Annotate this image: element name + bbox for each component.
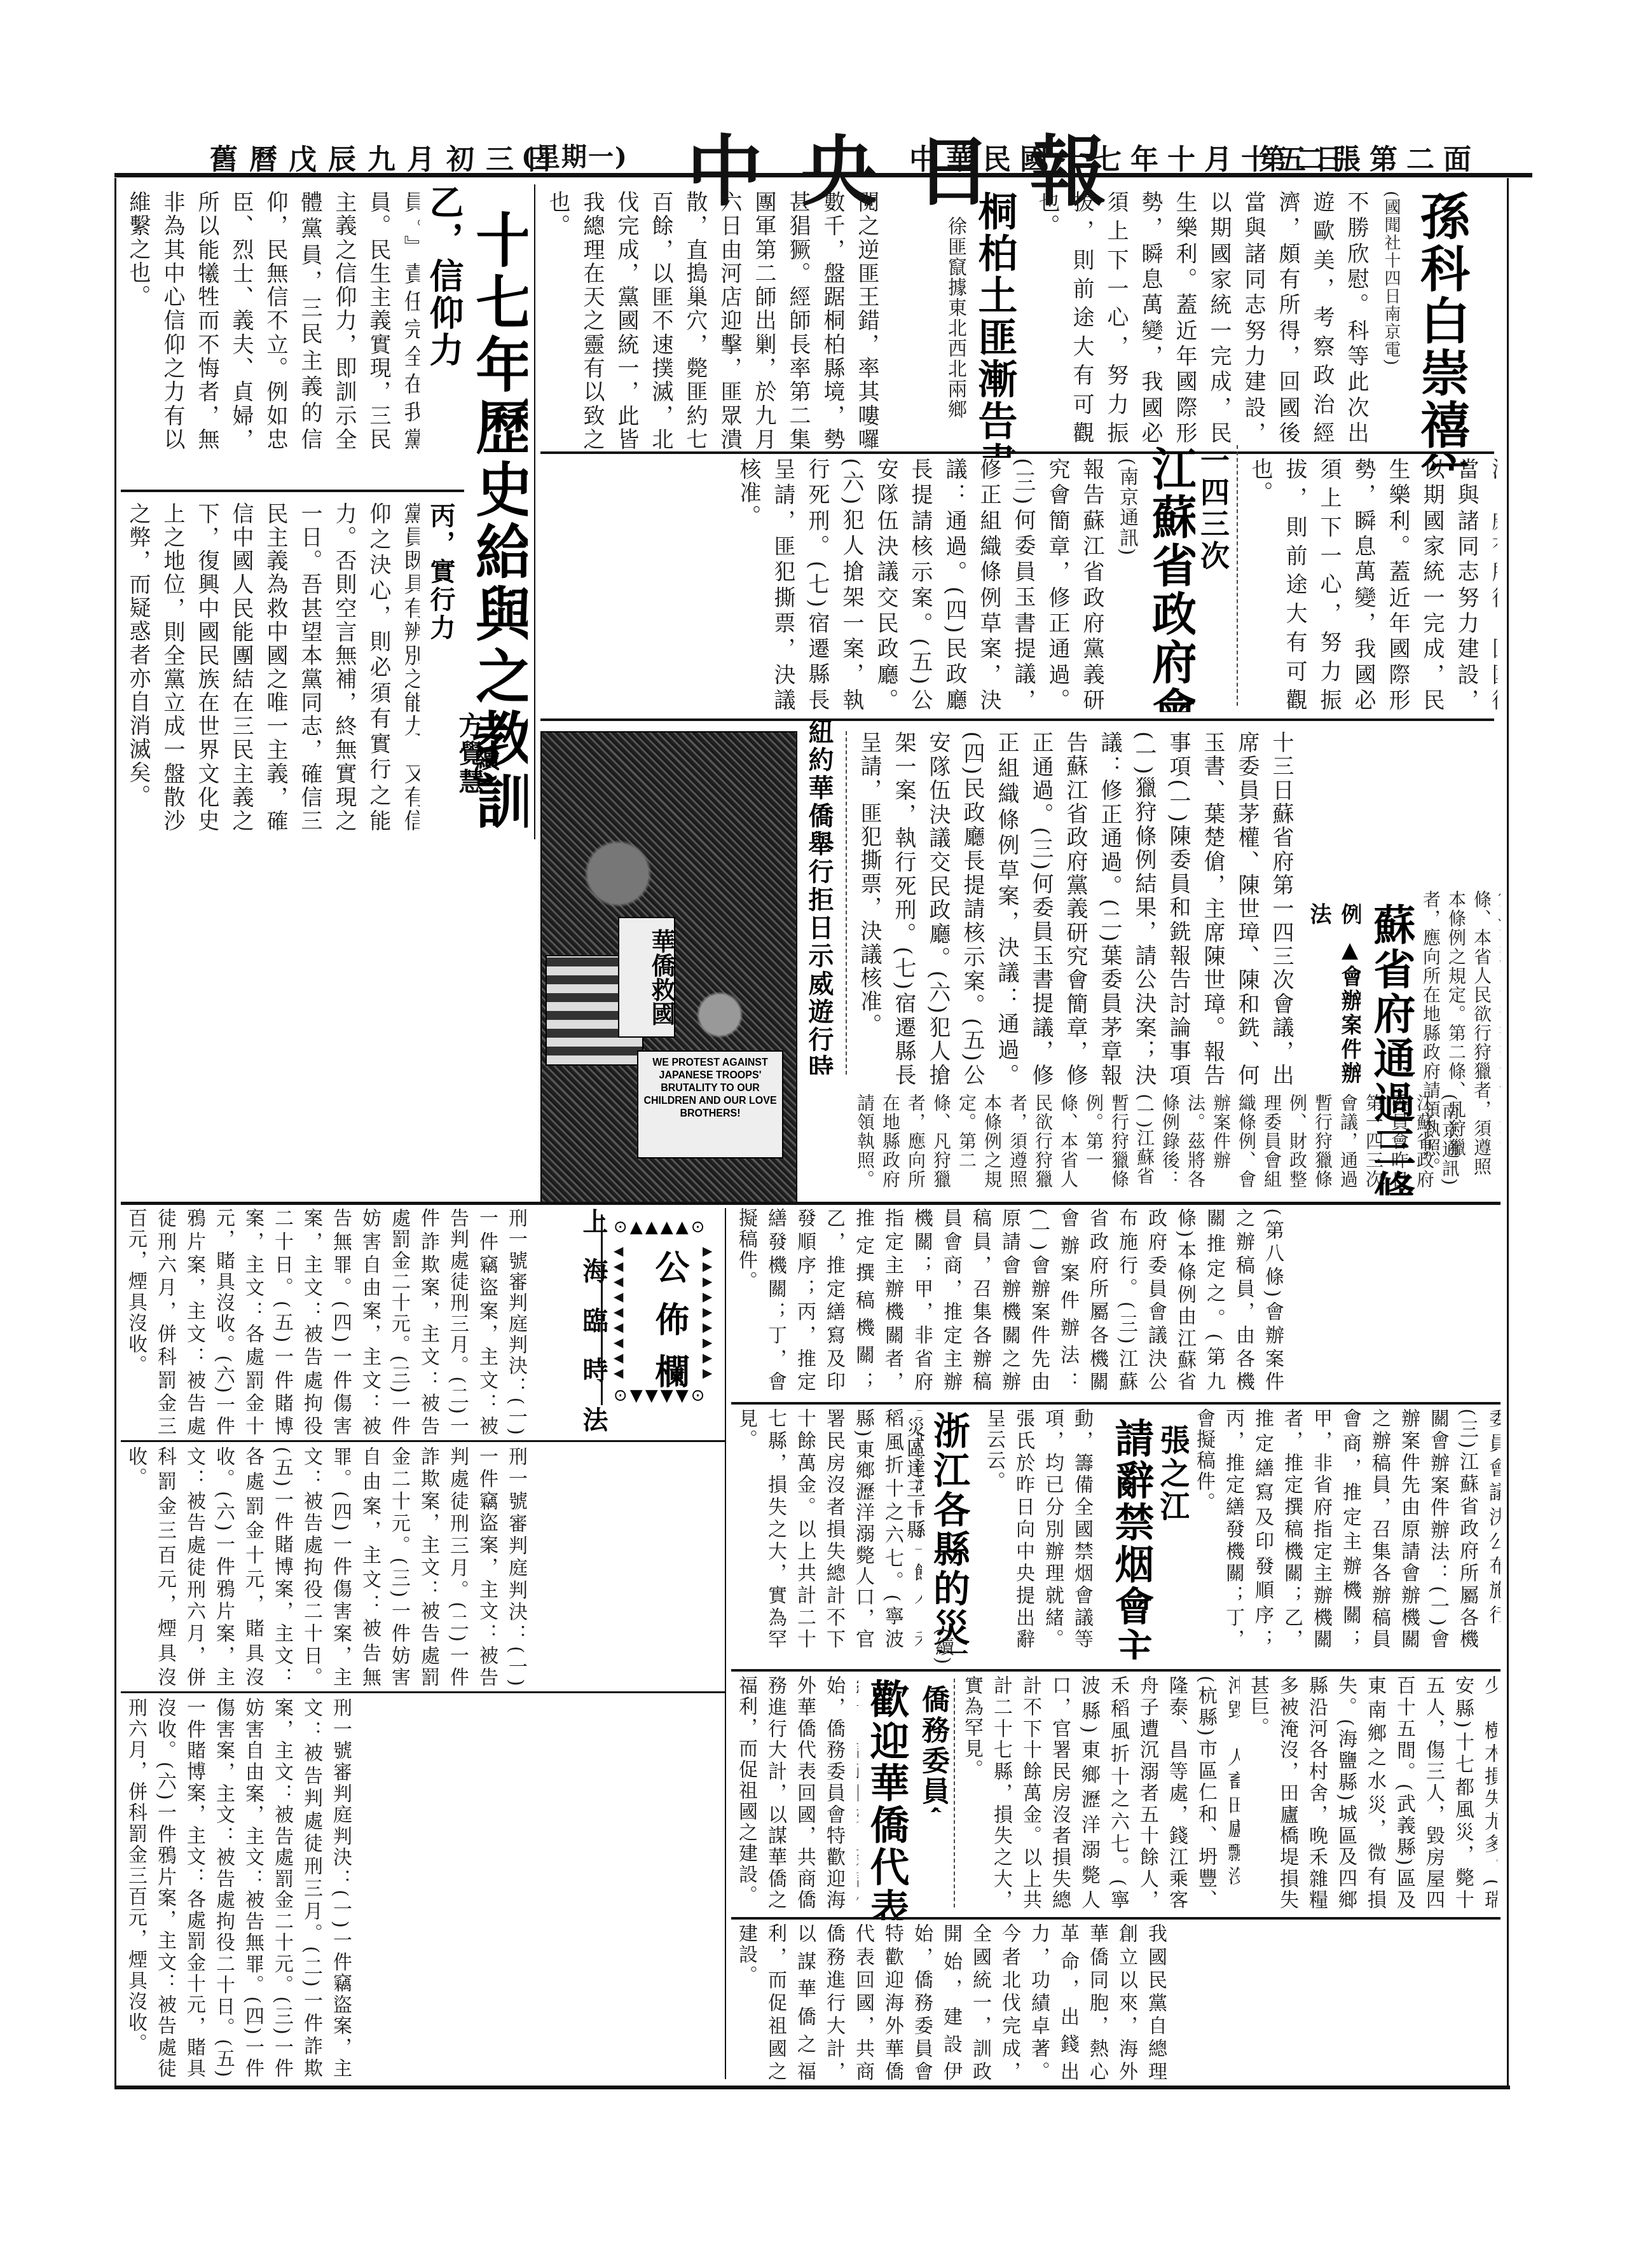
jiangsu-meeting-session: 一四三次: [1192, 445, 1230, 610]
photo-caption: 紐約華僑舉行拒日示威遊行時情形之(十): [801, 718, 839, 1075]
jiangsu-meeting-body-continued: 十三日蘇省府第一四三次會議，出席委員茅權、陳世璋、陳和銑、何玉書、葉楚傖，主席陳…: [852, 731, 1310, 1087]
right-frame: [1507, 178, 1509, 2086]
three-bills-body-right: (南京通訊)江蘇省政府委員會昨日第一四三次會議，通過暫行狩獵條例、財政整理委員會…: [1418, 890, 1500, 1189]
court-name: 上海臨時法院: [575, 1208, 614, 1437]
overseas-committee: 僑務委員會: [912, 1685, 951, 1812]
sun-bai-headline: 孫科白崇禧往來電: [1405, 191, 1481, 471]
ornament-top: ⊙▲▲▲▲⊙: [614, 1218, 708, 1237]
bulletin-body: 刑一號審判庭判決：(一)一件竊盜案，主文：被告判處徒刑三月。(二)一件詐欺案，主…: [121, 1208, 572, 1437]
lower-right-report: 約百餘處。(瑞安縣)縣屬四鄉棉花稻田，多被淹沒，晚禾半沒水中。(樂清縣)田禾沖沒…: [1243, 1675, 1497, 1911]
zhang-body-right: (第八條)會辦案件之辦稿員，由各機關推定之。(第九條)本條例由江蘇省政府委員會議…: [1189, 1408, 1500, 1650]
three-bills-subheads: ▲暫行狩獵條例 ▲財整會組織條例 ▲會辦案件辦法: [1303, 903, 1361, 1094]
author-byline: 方覺慧: [451, 712, 483, 827]
sun-bai-body: 孫科致白崇禧電云：北平白總指揮健生兄鑒，閱報知我兄北伐功成，不勝欣慰。科等此次出…: [1030, 191, 1380, 445]
section-c-title: 丙，實行力: [423, 502, 461, 706]
protest-sign: 華僑救國: [618, 917, 675, 1038]
column-divider: [725, 1208, 726, 2079]
jiangsu-meeting-headline: 江蘇省政府會議紀: [1138, 445, 1195, 712]
bulletin-body-lower: 刑一號審判庭判決：(一)一件竊盜案，主文：被告判處徒刑三月。(二)一件詐欺案，主…: [121, 1447, 725, 1688]
zhejiang-subhead: 災區達三十縣: [900, 1418, 925, 1647]
zhang-body: 國民政府禁烟委員會主席張之江，自奉國民政府指派後，曾再三懇辭未獲，尤以職務紛繁，…: [979, 1408, 1100, 1650]
rule: [121, 490, 464, 492]
bottom-rule: [114, 2086, 1510, 2089]
lunar-date: 舊曆戊辰九月初三日: [210, 137, 565, 177]
protest-photo: WE PROTEST AGAINST JAPANESE TROOPS' BRUT…: [540, 731, 797, 1204]
masthead-rule: [114, 173, 1532, 177]
three-bills-headline: 蘇省府通過三條例: [1361, 903, 1418, 1195]
masthead: 舊曆戊辰九月初三日 (星期一) 中央日報 中華民國十七年十月十五日 第二張第二面: [0, 0, 1648, 184]
rule: [731, 1669, 1500, 1672]
section-c-body: 黨員既具有辨別之能力，又有信仰之決心，則必須有實行之能力。否則空言無補，終無實現…: [121, 502, 420, 833]
rule: [540, 718, 1494, 721]
ornament-left: ◀◀◀◀◀◀◀◀◀: [614, 1243, 626, 1380]
bulletin-box: ⊙▲▲▲▲⊙ ⊙▼▼▼▼⊙ ◀◀◀◀◀◀◀◀◀ ▶▶▶▶▶▶▶▶▶ 公佈欄: [614, 1218, 718, 1408]
column-divider: [534, 184, 535, 839]
overseas-body-bottom: 我國民黨自總理創立以來，海外華僑同胞，熱心革命，出錢出力，功績卓著。今者北伐完成…: [731, 1923, 1500, 2082]
zhejiang-body-continued: (杭州通訊)浙江省各縣此次風災水災，損失奇重。(永康縣)城區疫癘流行，死亡相繼，…: [957, 1675, 1240, 1911]
ornament-right: ▶▶▶▶▶▶▶▶▶: [703, 1243, 715, 1380]
bulletin-body-bottom: 刑一號審判庭判決：(一)一件竊盜案，主文：被告判處徒刑三月。(二)一件詐欺案，主…: [121, 1698, 725, 2079]
dotted-divider: [1237, 445, 1238, 706]
weekday: (星期一): [521, 137, 628, 173]
left-frame: [114, 178, 116, 2086]
protest-banner: WE PROTEST AGAINST JAPANESE TROOPS' BRUT…: [637, 1050, 783, 1158]
rule: [121, 1440, 725, 1442]
sun-bai-body-continued: 孫科致白崇禧電云：北平白總指揮健生兄鑒，閱報知我兄北伐功成，不勝欣慰。科等此次出…: [1243, 458, 1497, 712]
rule: [121, 1691, 725, 1693]
sun-bai-dateline: (國聞社十四日南京電): [1380, 191, 1405, 445]
tongbai-body: 閱之逆匪王錯，率其嘍囉數千，盤踞桐柏縣境，勢甚猖獗。經師長率第二集團軍第二師出剿…: [540, 191, 935, 451]
section-b-body: 主義是一種思想，由思想而生信仰，由信仰始生力量。故黨員既具備信仰，尤須富有信仰力…: [121, 191, 420, 451]
dotted-divider: [954, 1679, 955, 1907]
page-label: 第二張第二面: [1259, 137, 1480, 177]
rule: [540, 451, 1494, 454]
rule: [121, 1202, 1500, 1205]
zhang-name: 張之江: [1151, 1424, 1189, 1551]
dotted-divider: [846, 731, 847, 1075]
ornament-rule: [601, 1214, 603, 1405]
bulletin-title: 公佈欄: [645, 1249, 694, 1406]
rule: [731, 1402, 1500, 1405]
subhead-joint: ▲會辦案件辦法: [1306, 903, 1361, 1086]
overseas-body: 我國民黨自總理創立以來，海外華僑同胞，熱心革命，出錢出力，功績卓著。今者北伐完成…: [731, 1675, 858, 1911]
zhejiang-body: (杭州通訊)浙江省各縣此次風災水災，損失奇重。(永康縣)城區疫癘流行，死亡相繼，…: [731, 1408, 922, 1650]
zhejiang-headline: 浙江各縣的災況: [922, 1412, 979, 1653]
tongbai-headline: 桐柏土匪漸告肅清: [966, 191, 1024, 458]
jiangsu-meeting-body: 十三日蘇省府第一四三次會議，出席委員茅權、陳世璋、陳和銑、何玉書、葉楚傖，主席陳…: [731, 458, 1113, 712]
zhejiang-continued: (續): [928, 1628, 966, 1666]
overseas-headline: 歡迎華僑代表宣言: [858, 1679, 916, 1920]
jiangsu-meeting-dateline: (南京通訊): [1113, 458, 1138, 712]
zhang-headline: 請辭禁烟會主席: [1103, 1418, 1154, 1660]
rule: [731, 1917, 1500, 1920]
joint-handling-body: (第八條)會辦案件之辦稿員，由各機關推定之。(第九條)本條例由江蘇省政府委員會議…: [731, 1208, 1500, 1392]
